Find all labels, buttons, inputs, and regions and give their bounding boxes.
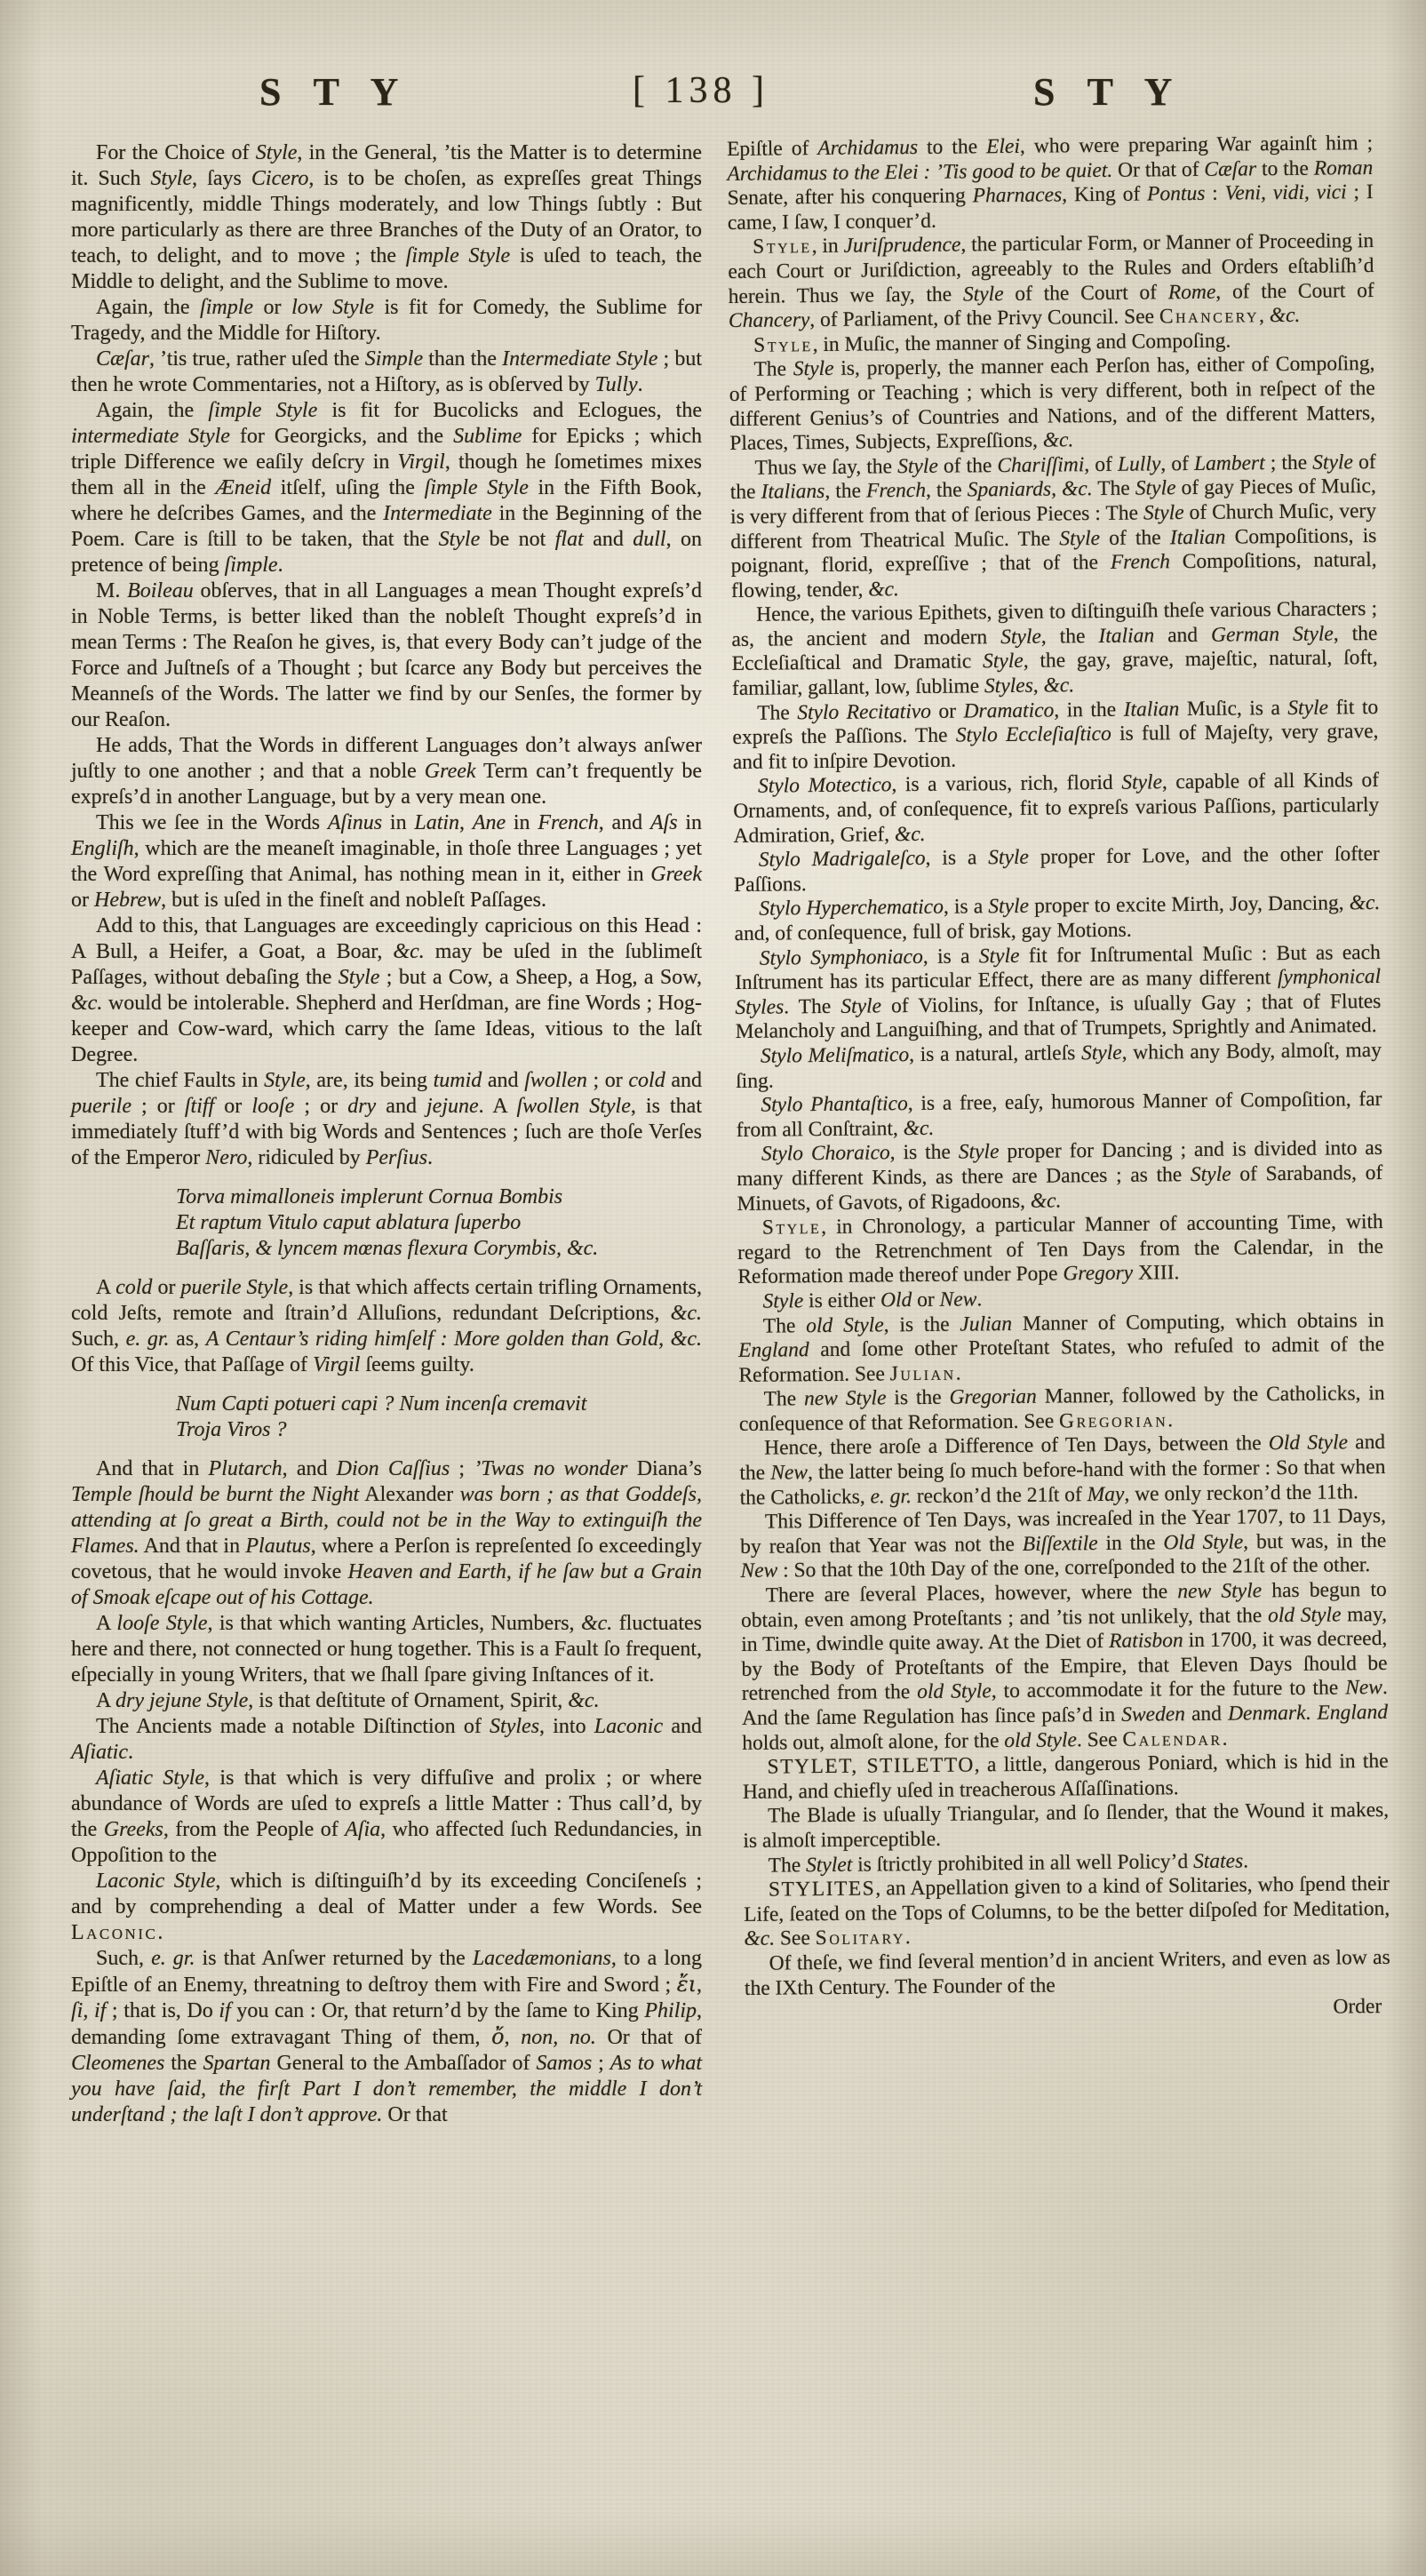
text-segment: M. xyxy=(96,579,127,602)
text-segment: Or that of xyxy=(596,2026,702,2049)
text-segment: Manner of Computing, which obtains in xyxy=(1012,1308,1384,1335)
text-segment: : xyxy=(1205,182,1224,205)
text-segment: Stylo Phantaſtico xyxy=(761,1092,908,1117)
text-segment: e. gr. xyxy=(870,1485,912,1508)
text-segment: , in xyxy=(812,235,844,258)
text-segment: non, no. xyxy=(521,2026,596,2049)
text-segment: &c. xyxy=(1270,304,1301,327)
text-segment: is either xyxy=(803,1288,880,1312)
text-segment: Style xyxy=(840,994,881,1017)
text-segment: , King of xyxy=(1062,183,1147,207)
paragraph: Epiſtle of Archidamus to the Elei, who w… xyxy=(727,132,1374,235)
text-segment: flat xyxy=(555,528,584,551)
text-segment: and xyxy=(482,1069,524,1092)
text-segment: Stylo Hyperchematico xyxy=(759,896,944,921)
text-segment: The chief Faults in xyxy=(96,1069,264,1092)
paragraph: A looſe Style, is that which wanting Art… xyxy=(71,1611,702,1688)
text-segment: , ’tis true, rather uſed the xyxy=(149,347,365,371)
text-segment: Italian xyxy=(1124,698,1180,722)
text-segment: Style xyxy=(264,1069,306,1092)
text-segment: Sublime xyxy=(453,425,522,448)
text-segment: Gregory xyxy=(1063,1262,1133,1286)
text-segment: Latin xyxy=(414,811,459,834)
text-segment: Style xyxy=(1081,1041,1122,1065)
text-segment: ſeems guilty. xyxy=(360,1353,474,1376)
text-segment: cold xyxy=(628,1069,665,1092)
text-segment: Virgil xyxy=(398,451,445,474)
text-segment: cold xyxy=(116,1276,152,1299)
text-segment: Laconic xyxy=(594,1715,663,1738)
text-segment: &c. xyxy=(1043,428,1074,451)
text-segment: ; xyxy=(592,2052,610,2075)
text-segment: in the xyxy=(1098,1531,1164,1555)
text-segment: Style xyxy=(979,944,1020,967)
text-segment: States xyxy=(1193,1849,1243,1873)
text-segment: Aſiatic Style xyxy=(96,1767,204,1790)
text-segment: is the xyxy=(886,1386,949,1410)
text-segment: General to the Ambaſſador of xyxy=(271,2052,537,2075)
text-segment: , in Muſic, the manner of Singing and Co… xyxy=(813,329,1231,356)
text-segment: Style xyxy=(762,1289,803,1312)
text-segment: Style xyxy=(963,283,1004,306)
text-segment: Style xyxy=(1000,626,1041,649)
running-title-right: S T Y xyxy=(1033,69,1183,115)
text-segment: Julian xyxy=(960,1312,1012,1336)
text-segment: Stylo Choraico xyxy=(761,1142,890,1166)
text-segment: , and xyxy=(283,1457,337,1480)
paragraph: Stylo Meliſmatico, is a natural, artleſs… xyxy=(736,1039,1382,1094)
text-segment: French xyxy=(538,811,598,834)
text-segment: ἔι xyxy=(677,1972,697,1997)
paragraph: STYLITES, an Appellation given to a kind… xyxy=(744,1872,1390,1952)
text-segment: looſe xyxy=(251,1095,294,1118)
text-segment: , of Parliament, of the Privy Council. S… xyxy=(809,305,1159,331)
text-segment: Of this Vice, that Paſſage of xyxy=(71,1353,313,1376)
text-segment: ; xyxy=(450,1457,474,1480)
text-segment: Style xyxy=(256,141,298,164)
text-segment: low Style xyxy=(291,296,374,319)
text-segment: old Style xyxy=(1004,1728,1077,1752)
text-segment: Cæſar xyxy=(96,347,149,371)
text-segment: Style xyxy=(762,1216,822,1240)
text-segment: , but was, in the xyxy=(1243,1529,1386,1554)
text-segment: Aſs xyxy=(650,811,678,834)
text-segment: e. gr. xyxy=(126,1328,170,1351)
text-segment: Hence, there aroſe a Difference of Ten D… xyxy=(764,1432,1269,1460)
text-segment: Aſiatic xyxy=(71,1741,128,1764)
text-segment: and xyxy=(584,528,633,551)
text-segment: proper to excite Mirth, Joy, Dancing, xyxy=(1029,892,1350,918)
text-segment: , xyxy=(505,2026,522,2049)
text-segment: Virgil xyxy=(313,1353,360,1376)
text-segment: e. gr. xyxy=(151,1947,195,1970)
text-segment: , is a xyxy=(944,896,989,919)
text-segment: Style xyxy=(1059,526,1100,549)
text-segment: Nero xyxy=(205,1146,247,1169)
text-segment: puerile Style xyxy=(181,1276,289,1299)
text-segment: ; or xyxy=(131,1095,185,1118)
paragraph: A cold or puerile Style, is that which a… xyxy=(71,1275,702,1378)
text-segment: Styles xyxy=(490,1715,539,1738)
text-segment: The xyxy=(1093,477,1135,500)
text-segment: , xyxy=(1051,478,1062,501)
paragraph: The Blade is uſually Triangular, and ſo … xyxy=(743,1798,1389,1854)
text-segment: , is a xyxy=(925,846,988,870)
paragraph: Stylo Choraico, is the Style proper for … xyxy=(737,1136,1383,1216)
text-segment: Ane xyxy=(473,811,506,834)
text-segment: of the xyxy=(938,454,998,478)
verse-line: Baſſaris, & lyncem mœnas flexura Corymbi… xyxy=(176,1236,702,1262)
text-segment: . xyxy=(157,1921,163,1944)
text-segment: Spartan xyxy=(203,2052,271,2075)
text-segment: Of theſe, we find ſeveral mention’d in a… xyxy=(745,1946,1390,2000)
text-segment: Philip xyxy=(644,1999,697,2022)
text-segment: or xyxy=(253,296,291,319)
text-segment: , and xyxy=(599,811,650,834)
text-segment: in xyxy=(506,811,538,834)
text-segment: Pharnaces xyxy=(973,184,1063,208)
text-segment: Boileau xyxy=(127,579,194,602)
text-segment: ; but a Cow, a Sheep, a Hog, a Sow, xyxy=(379,966,702,989)
text-segment: Style xyxy=(1191,1163,1231,1186)
text-segment: New xyxy=(770,1461,808,1484)
text-segment: , in Chronology, a particular Manner of … xyxy=(737,1210,1383,1288)
text-segment: Æneid xyxy=(215,476,271,499)
paragraph: Stylo Symphoniaco, is a Style fit for In… xyxy=(735,941,1382,1045)
text-segment: Spaniards xyxy=(968,478,1052,502)
text-segment: old Style xyxy=(917,1680,992,1704)
text-segment: would be intolerable. Shepherd and Herſd… xyxy=(71,992,702,1066)
text-segment: or xyxy=(931,699,964,722)
text-segment: in xyxy=(678,811,702,834)
text-segment: and ſome other Proteſtant States, who re… xyxy=(738,1333,1384,1387)
paragraph: For the Choice of Style, in the General,… xyxy=(71,140,702,295)
text-segment: , to accommodate it for the future to th… xyxy=(992,1677,1346,1703)
text-segment: &c. xyxy=(904,1117,935,1140)
text-segment: , which are the meaneſt imaginable, in t… xyxy=(71,837,702,886)
text-segment: New xyxy=(1345,1676,1382,1699)
text-segment: England xyxy=(1317,1701,1388,1725)
text-segment: &c. xyxy=(744,1927,775,1950)
text-segment: ſwollen xyxy=(524,1069,587,1092)
text-segment: itſelf, uſing the xyxy=(271,476,424,499)
text-segment: Solitary xyxy=(816,1926,905,1950)
paragraph: Of theſe, we find ſeveral mention’d in a… xyxy=(745,1946,1390,2001)
text-segment: , is a xyxy=(923,945,979,969)
text-segment: &c. xyxy=(1031,1189,1062,1212)
text-segment: , xyxy=(697,1974,702,1997)
text-segment: , but is uſed in the fineſt and nobleſt … xyxy=(161,889,546,912)
text-segment: . xyxy=(278,554,283,577)
text-segment: is fit for Bucolicks and Eclogues, the xyxy=(317,399,702,422)
text-segment: Style xyxy=(1287,696,1328,719)
text-segment: or xyxy=(152,1276,180,1299)
text-segment: , is the xyxy=(890,1141,959,1165)
paragraph: Style, in Juriſprudence, the particular … xyxy=(728,229,1374,333)
paragraph: Stylo Hyperchematico, is a Style proper … xyxy=(734,891,1380,946)
text-segment: Style xyxy=(439,528,481,551)
text-segment: Tully xyxy=(595,373,638,396)
text-segment: , are, its being xyxy=(306,1069,434,1092)
text-segment: , in the xyxy=(1054,698,1124,722)
text-segment: And that in xyxy=(96,1457,209,1480)
text-segment: A xyxy=(96,1689,116,1712)
text-segment: The xyxy=(763,1314,807,1337)
text-segment: The xyxy=(757,701,797,724)
paragraph: Stylo Madrigaleſco, is a Style proper fo… xyxy=(734,842,1380,897)
text-segment: Laconic Style xyxy=(96,1870,215,1893)
text-segment: Style xyxy=(897,454,938,477)
text-segment: . xyxy=(1222,1727,1227,1750)
page: S T Y [ 138 ] S T Y For the Choice of St… xyxy=(0,0,1426,2576)
text-segment: For the Choice of xyxy=(96,141,256,164)
text-segment: : So that the 10th Day of the one, corre… xyxy=(777,1554,1370,1583)
text-segment: , of the Court of xyxy=(1215,279,1374,304)
text-segment: French xyxy=(866,479,926,503)
paragraph: Aſiatic Style, is that which is very dif… xyxy=(71,1766,702,1869)
text-segment: , of xyxy=(1084,453,1118,476)
text-segment: Veni, vidi, vici xyxy=(1224,180,1346,204)
text-segment: Plutarch xyxy=(209,1457,283,1480)
text-segment: Roman xyxy=(1314,156,1374,180)
paragraph: This we ſee in the Words Aſinus in Latin… xyxy=(71,810,702,913)
text-segment: if xyxy=(219,1999,230,2022)
text-segment: Stylo Recitativo xyxy=(797,699,931,723)
text-segment: Sweden xyxy=(1121,1703,1185,1727)
text-segment: tumid xyxy=(434,1069,482,1092)
text-segment: Temple ſhould be burnt the Night xyxy=(71,1483,359,1506)
text-segment: Juriſprudence xyxy=(843,234,960,258)
paragraph: Add to this, that Languages are exceedin… xyxy=(71,913,702,1068)
text-segment: Or that xyxy=(382,2103,447,2126)
text-segment: intermediate Style xyxy=(71,425,230,448)
text-segment: Style xyxy=(983,650,1024,673)
text-segment: STYLITES xyxy=(769,1878,876,1902)
paragraph: Such, e. gr. is that Anſwer returned by … xyxy=(71,1946,702,2128)
text-segment: jejune xyxy=(426,1095,479,1118)
text-segment: &c. xyxy=(1350,891,1381,914)
paragraph: Laconic Style, which is diſtinguiſh’d by… xyxy=(71,1869,702,1946)
text-segment: Engliſh xyxy=(71,837,134,860)
text-segment: . See xyxy=(1077,1727,1123,1751)
text-segment: Old Style xyxy=(1163,1530,1243,1554)
text-segment: Biſſextile xyxy=(1023,1532,1098,1556)
paragraph: The chief Faults in Style, are, its bein… xyxy=(71,1068,702,1171)
text-segment: Old Style xyxy=(1269,1432,1348,1455)
paragraph: A dry jejune Style, is that deſtitute of… xyxy=(71,1688,702,1714)
text-segment: A xyxy=(96,1276,116,1299)
paragraph: This Difference of Ten Days, was increaſ… xyxy=(740,1504,1387,1584)
text-segment: . xyxy=(638,373,643,396)
text-segment: Archidamus xyxy=(817,136,918,160)
text-segment: Style xyxy=(959,1140,1000,1163)
text-segment: Stylo Madrigaleſco xyxy=(759,847,926,872)
verse-line: Num Capti potueri capi ? Num incenſa cre… xyxy=(176,1392,702,1417)
text-segment: , the xyxy=(926,479,968,502)
text-segment: new Style xyxy=(1177,1579,1262,1603)
text-segment: Simple xyxy=(365,347,423,371)
text-segment: Italian xyxy=(1098,624,1154,648)
text-segment: , who were preparing War againſt him ; xyxy=(1020,132,1373,158)
text-segment: Dramatico xyxy=(963,698,1054,722)
text-segment: . xyxy=(1243,1849,1248,1872)
text-segment: , the xyxy=(825,480,866,503)
text-segment: , of xyxy=(1160,452,1194,475)
paragraph: Stylo Motectico, is a various, rich, flo… xyxy=(733,769,1380,849)
text-segment: . xyxy=(1167,1408,1173,1432)
text-segment: Hebrew xyxy=(94,889,161,912)
verse: Torva mimalloneis implerunt Cornua Bombi… xyxy=(176,1184,702,1262)
text-segment: Or that of xyxy=(1112,157,1204,181)
paragraph: The new Style is the Gregorian Manner, f… xyxy=(739,1382,1385,1437)
paragraph: Cæſar, ’tis true, rather uſed the Simple… xyxy=(71,347,702,398)
text-segment: Such, xyxy=(71,1328,126,1351)
text-segment: Aſinus xyxy=(328,811,382,834)
text-segment: is that Anſwer returned by the xyxy=(195,1947,472,1970)
text-segment: , xyxy=(1259,304,1270,327)
text-segment: Stylo Symphoniaco xyxy=(760,945,923,970)
text-segment: , ridiculed by xyxy=(247,1146,365,1169)
text-segment: dry xyxy=(347,1095,376,1118)
text-segment: ſimple Style xyxy=(406,244,510,267)
text-segment: &c. xyxy=(393,940,424,963)
running-title-left: S T Y xyxy=(259,69,410,115)
text-segment: Plautus xyxy=(245,1535,310,1558)
text-segment: Style xyxy=(753,333,813,357)
text-segment: Such, xyxy=(96,1947,151,1970)
text-segment: See xyxy=(775,1926,816,1950)
text-segment: ; or xyxy=(294,1095,347,1118)
text-segment: or xyxy=(71,889,94,912)
paragraph: Style, in Chronology, a particular Manne… xyxy=(737,1210,1384,1290)
text-segment: A Centaur’s riding himſelf : More golden… xyxy=(206,1328,702,1351)
text-segment: you can : Or, that return’d by the ſame … xyxy=(231,1999,645,2022)
text-segment: ὄ xyxy=(491,2024,504,2049)
text-segment: &c. xyxy=(1062,477,1093,500)
text-segment: or xyxy=(912,1288,940,1312)
text-segment: Gregorian xyxy=(949,1385,1037,1409)
text-segment: Greeks xyxy=(104,1818,163,1841)
text-segment: ſimple Style xyxy=(208,399,317,422)
text-segment: &c. xyxy=(568,1689,599,1712)
text-segment: Elei xyxy=(986,135,1020,158)
text-segment: Stylo Meliſmatico xyxy=(761,1043,909,1068)
paragraph: Thus we ſay, the Style of the Chariſſimi… xyxy=(729,451,1377,604)
text-segment: Style xyxy=(793,357,834,380)
text-segment: Pontus xyxy=(1147,182,1206,206)
text-segment: Greek xyxy=(650,863,702,886)
text-segment: Again, the xyxy=(96,399,208,422)
text-segment: Ratisbon xyxy=(1109,1629,1183,1653)
text-segment: and xyxy=(663,1715,702,1738)
paragraph: The old Style, is the Julian Manner of C… xyxy=(738,1308,1385,1388)
text-segment: , xyxy=(459,811,473,834)
paragraph: The Style is, properly, the manner each … xyxy=(729,352,1375,456)
text-segment: Italians xyxy=(761,480,825,504)
text-segment: to the xyxy=(1256,156,1314,180)
text-segment: looſe Style xyxy=(116,1612,207,1635)
paragraph: STYLET, STILETTO, a little, dangerous Po… xyxy=(742,1750,1388,1805)
text-segment: and xyxy=(1154,624,1211,648)
paragraph: The Ancients made a notable Diſtinction … xyxy=(71,1714,702,1766)
text-segment: . xyxy=(128,1741,133,1764)
text-segment: , ſays xyxy=(192,167,251,190)
verse-line: Troja Viros ? xyxy=(176,1417,702,1443)
text-segment: &c. xyxy=(895,823,926,846)
text-segment: Lambert xyxy=(1194,451,1265,475)
text-segment: as, xyxy=(170,1328,206,1351)
text-segment: for Georgicks, and the xyxy=(230,425,453,448)
text-segment: . xyxy=(427,1146,433,1169)
text-segment: Cleomenes xyxy=(71,2052,164,2075)
text-segment: or xyxy=(214,1095,251,1118)
text-segment: The xyxy=(764,1388,805,1411)
text-segment: Intermediate xyxy=(383,502,492,525)
text-segment: Chariſſimi xyxy=(997,453,1084,477)
text-segment: . xyxy=(976,1288,982,1311)
text-segment: Italian xyxy=(1170,525,1226,549)
text-segment: Chancery xyxy=(1159,304,1259,328)
text-segment: , is the xyxy=(884,1312,960,1336)
text-segment: Epiſtle of xyxy=(727,137,817,161)
paragraph: M. Boileau obſerves, that in all Languag… xyxy=(71,578,702,733)
text-segment: . A xyxy=(479,1095,517,1118)
paragraph: Stylo Phantaſtico, is a free, eaſy, humo… xyxy=(736,1088,1382,1143)
text-segment: Stylo Motectico xyxy=(758,774,892,798)
text-segment: Gregorian xyxy=(1059,1408,1167,1432)
paragraph: The Stylo Recitativo or Dramatico, in th… xyxy=(732,696,1379,776)
text-segment: is ſtrictly prohibited in all well Polic… xyxy=(852,1850,1193,1877)
text-segment: ſtiff xyxy=(185,1095,214,1118)
text-segment: May xyxy=(1087,1482,1125,1505)
text-segment: Style xyxy=(988,895,1029,918)
text-segment: The xyxy=(753,358,793,381)
paragraph: Hence, the various Epithets, given to di… xyxy=(731,597,1378,701)
text-segment: , is a various, rich, florid xyxy=(891,771,1121,796)
verse: Num Capti potueri capi ? Num incenſa cre… xyxy=(176,1392,702,1443)
text-segment: , into xyxy=(539,1715,594,1738)
text-segment: &c. xyxy=(868,578,899,601)
text-segment: . xyxy=(1305,1702,1317,1725)
text-segment: Chancery xyxy=(729,308,810,332)
text-segment: , is a natural, artleſs xyxy=(909,1041,1081,1066)
text-segment: , xyxy=(1033,674,1044,698)
text-segment: German Style xyxy=(1211,622,1334,646)
text-segment: , is that which wanting Articles, Number… xyxy=(207,1612,580,1635)
text-segment: Aſia xyxy=(345,1818,380,1841)
text-segment: ſimple xyxy=(200,296,253,319)
text-segment: , is that deſtitute of Ornament, Spirit, xyxy=(248,1689,568,1712)
paragraph: Again, the ſimple or low Style is fit fo… xyxy=(71,295,702,347)
text-segment: And that in xyxy=(139,1535,246,1558)
text-segment: old Style xyxy=(806,1313,884,1337)
text-segment: Style xyxy=(339,966,380,989)
text-segment: Rome xyxy=(1168,280,1216,304)
text-segment: Senate, after his conquering xyxy=(728,185,973,211)
text-segment: Julian xyxy=(890,1361,956,1385)
text-segment: Style xyxy=(1135,476,1176,499)
text-segment: to the xyxy=(918,135,986,159)
page-header: S T Y [ 138 ] S T Y xyxy=(0,69,1426,132)
text-segment: ’Twas no wonder xyxy=(474,1457,627,1480)
text-segment: holds out, almoſt alone, for the xyxy=(742,1729,1004,1755)
text-segment: The Blade is uſually Triangular, and ſo … xyxy=(743,1798,1389,1853)
text-segment: XIII. xyxy=(1133,1261,1179,1284)
text-segment: ſi, if xyxy=(71,1999,106,2022)
text-segment: , from the People of xyxy=(163,1818,345,1841)
text-segment: ſwollen Style xyxy=(516,1095,630,1118)
text-segment: Style xyxy=(988,846,1029,869)
